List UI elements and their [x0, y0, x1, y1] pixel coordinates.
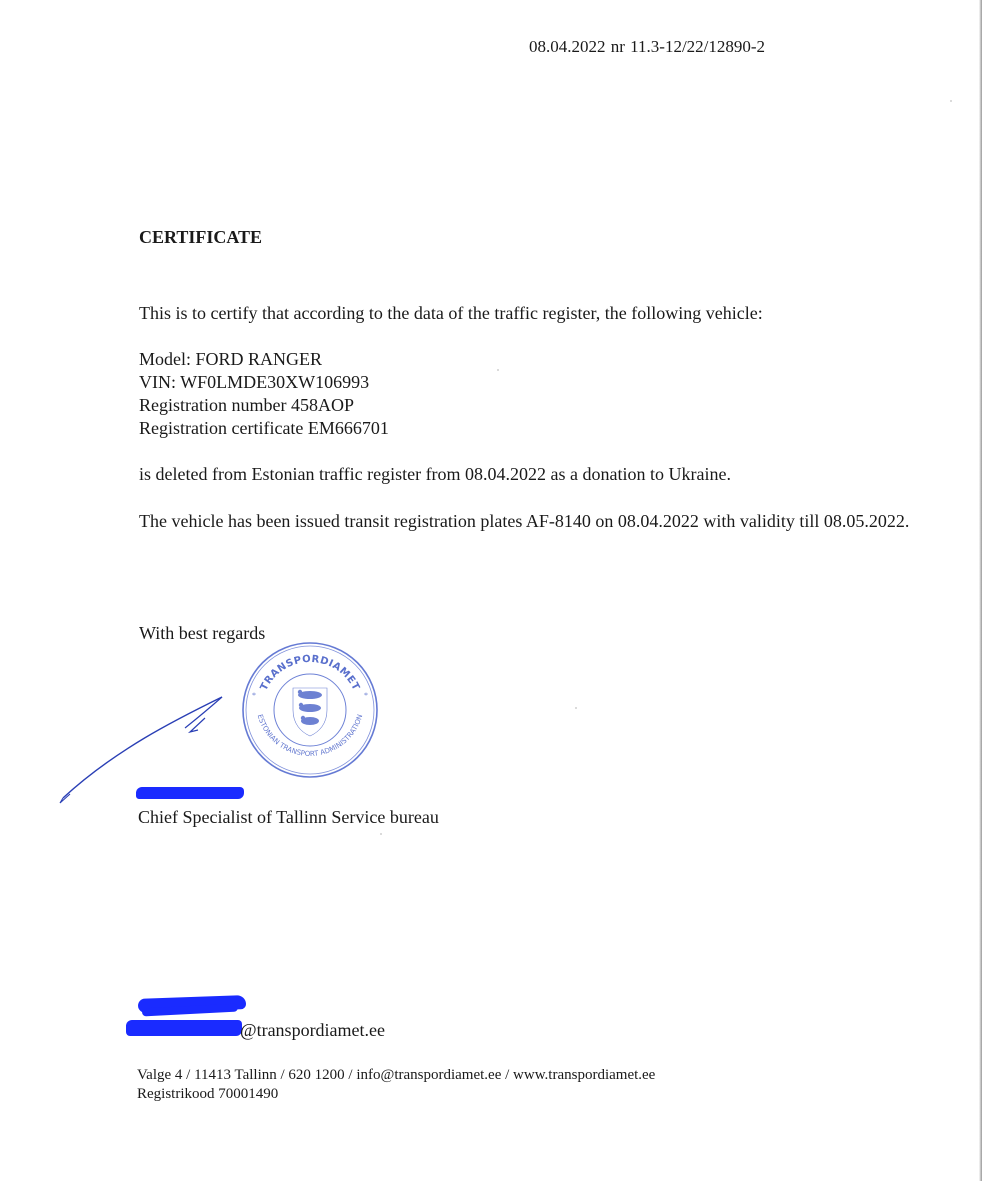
svg-text:*: *	[252, 691, 256, 700]
scan-speck	[380, 833, 382, 835]
three-lions-emblem-icon	[293, 688, 327, 736]
contact-email: @transpordiamet.ee	[240, 1020, 385, 1041]
intro-paragraph: This is to certify that according to the…	[139, 303, 763, 324]
document-title: CERTIFICATE	[139, 227, 262, 248]
redacted-signatory-name	[136, 787, 244, 799]
vehicle-model: Model: FORD RANGER	[139, 348, 389, 371]
scan-speck	[950, 100, 952, 102]
vehicle-vin: VIN: WF0LMDE30XW106993	[139, 371, 389, 394]
scan-speck	[575, 707, 577, 709]
document-reference: 08.04.2022 nr 11.3-12/22/12890-2	[529, 37, 765, 57]
deletion-statement: is deleted from Estonian traffic registe…	[139, 464, 731, 485]
scan-speck	[497, 369, 499, 371]
svg-text:TRANSPORDIAMET: TRANSPORDIAMET	[259, 654, 362, 693]
footer-registry-code: Registrikood 70001490	[137, 1085, 655, 1104]
footer-address: Valge 4 / 11413 Tallinn / 620 1200 / inf…	[137, 1066, 655, 1085]
vehicle-registration-certificate: Registration certificate EM666701	[139, 417, 389, 440]
stamp-top-text: TRANSPORDIAMET	[259, 654, 362, 693]
redacted-email-prefix	[126, 1020, 242, 1036]
official-stamp: TRANSPORDIAMET ESTONIAN TRANSPORT ADMINI…	[238, 640, 382, 780]
vehicle-registration-number: Registration number 458AOP	[139, 394, 389, 417]
signatory-position: Chief Specialist of Tallinn Service bure…	[138, 807, 439, 828]
vehicle-details: Model: FORD RANGER VIN: WF0LMDE30XW10699…	[139, 348, 389, 440]
footer: Valge 4 / 11413 Tallinn / 620 1200 / inf…	[137, 1066, 655, 1104]
svg-text:*: *	[364, 691, 368, 700]
transit-statement: The vehicle has been issued transit regi…	[139, 510, 921, 532]
